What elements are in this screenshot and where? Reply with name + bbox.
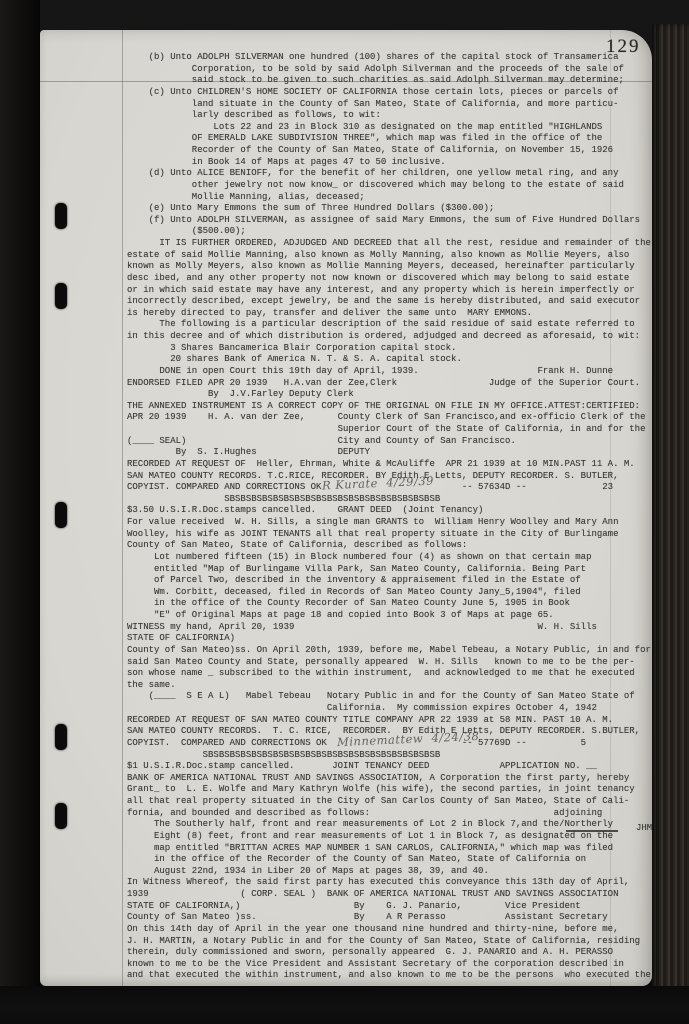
punch-hole <box>55 803 67 829</box>
book-left-edge <box>0 0 40 1024</box>
punch-hole <box>55 502 67 528</box>
photo-bottom-edge <box>0 986 689 1024</box>
typewritten-text: (b) Unto ADOLPH SILVERMAN one hundred (1… <box>127 52 651 982</box>
margin-initials: JHM <box>636 823 652 833</box>
strikethrough-mark <box>566 830 618 832</box>
book-binding-edge <box>652 24 689 994</box>
punch-hole <box>55 203 67 229</box>
punch-hole <box>55 283 67 309</box>
deed-book-page: 129 (b) Unto ADOLPH SILVERMAN one hundre… <box>40 30 652 986</box>
left-margin-ruled-line <box>122 30 123 986</box>
punch-hole <box>55 724 67 750</box>
